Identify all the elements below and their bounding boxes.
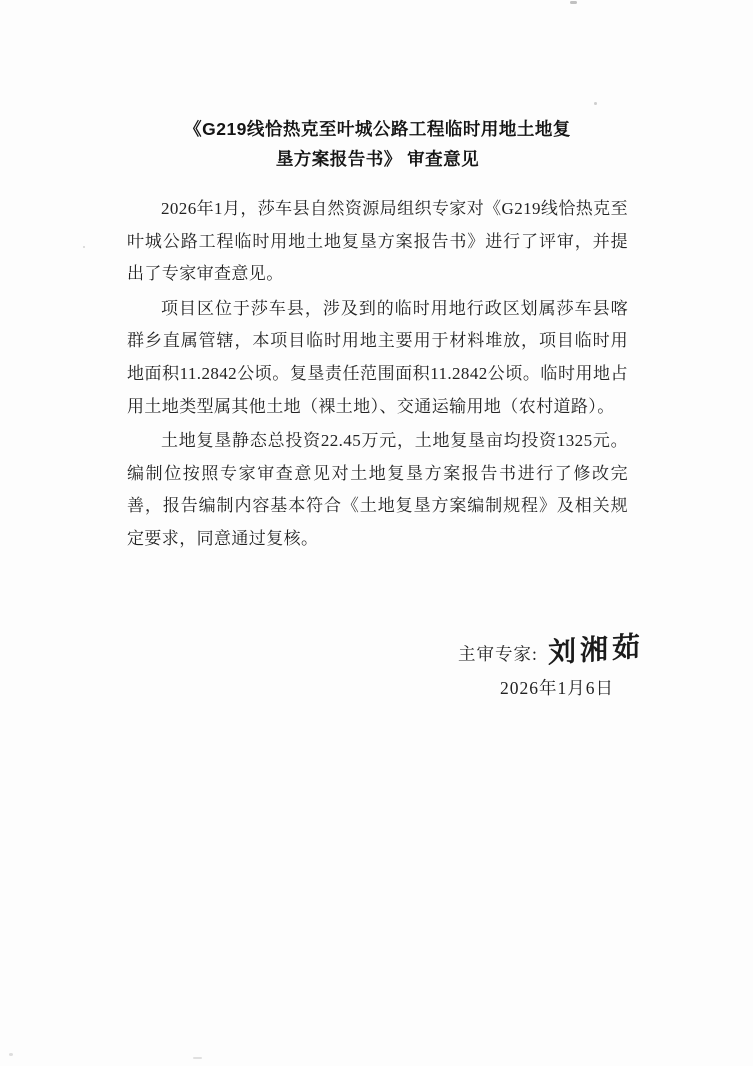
scan-speck bbox=[570, 1, 577, 4]
scan-speck bbox=[193, 1057, 202, 1059]
date-row: 2026年1月6日 bbox=[127, 673, 628, 703]
signature-row: 主审专家:刘湘茹 bbox=[127, 637, 628, 669]
document-title-line-2: 垦方案报告书》 审查意见 bbox=[127, 144, 628, 174]
scan-speck bbox=[594, 102, 597, 105]
chief-expert-label: 主审专家: bbox=[458, 644, 538, 664]
document-title-line-1: 《G219线恰热克至叶城公路工程临时用地土地复 bbox=[127, 114, 628, 144]
scan-speck bbox=[83, 246, 85, 248]
paragraph-review-summary: 2026年1月，莎车县自然资源局组织专家对《G219线恰热克至叶城公路工程临时用… bbox=[127, 193, 628, 291]
paragraph-project-description: 项目区位于莎车县，涉及到的临时用地行政区划属莎车县喀群乡直属管辖，本项目临时用地… bbox=[127, 293, 628, 423]
scan-speck bbox=[9, 1053, 13, 1056]
scanned-document-page: 《G219线恰热克至叶城公路工程临时用地土地复 垦方案报告书》 审查意见 202… bbox=[0, 0, 753, 1066]
chief-expert-handwritten-signature: 刘湘茹 bbox=[548, 633, 644, 668]
document-title: 《G219线恰热克至叶城公路工程临时用地土地复 垦方案报告书》 审查意见 bbox=[127, 114, 628, 174]
paragraph-investment-conclusion: 土地复垦静态总投资22.45万元，土地复垦亩均投资1325元。编制位按照专家审查… bbox=[127, 425, 628, 555]
document-body: 《G219线恰热克至叶城公路工程临时用地土地复 垦方案报告书》 审查意见 202… bbox=[127, 112, 628, 703]
review-date: 2026年1月6日 bbox=[500, 678, 614, 698]
